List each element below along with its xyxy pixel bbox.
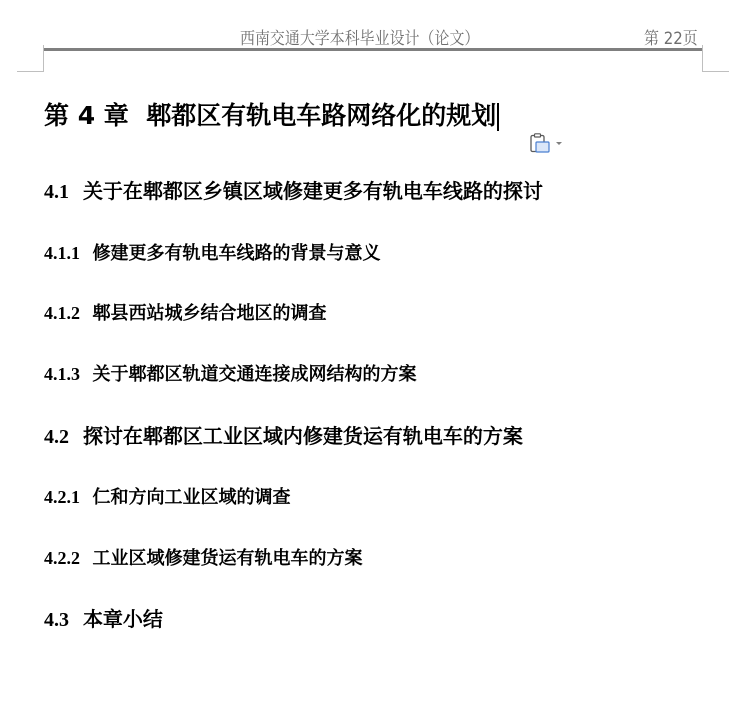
section-title: 关于在郫都区乡镇区域修建更多有轨电车线路的探讨 xyxy=(83,179,543,203)
header-title: 西南交通大学本科毕业设计（论文） xyxy=(240,24,479,49)
paste-options-button[interactable] xyxy=(529,133,565,155)
section-number: 4.3 xyxy=(44,609,69,631)
chapter-heading[interactable]: 第 4 章 郫都区有轨电车路网络化的规划 xyxy=(44,96,499,132)
section-heading[interactable]: 4.3 本章小结 xyxy=(44,603,163,632)
section-number: 4.1.1 xyxy=(44,243,80,263)
section-number: 4.2.2 xyxy=(44,548,80,568)
section-number: 4.1 xyxy=(44,181,69,203)
page-number: 第 22页 xyxy=(644,24,698,49)
caret-down-icon xyxy=(556,142,562,145)
subsection-heading[interactable]: 4.2.2 工业区域修建货运有轨电车的方案 xyxy=(44,544,363,570)
section-title: 探讨在郫都区工业区域内修建货运有轨电车的方案 xyxy=(83,424,523,448)
clipboard-paste-icon xyxy=(529,133,553,155)
section-number: 4.1.3 xyxy=(44,364,80,384)
section-number: 4.2 xyxy=(44,426,69,448)
text-cursor xyxy=(497,103,499,131)
section-number: 4.1.2 xyxy=(44,303,80,323)
section-title: 仁和方向工业区域的调查 xyxy=(93,487,291,508)
subsection-heading[interactable]: 4.1.2 郫县西站城乡结合地区的调查 xyxy=(44,299,327,325)
margin-corner-mark-left xyxy=(17,71,44,72)
header-rule xyxy=(44,48,703,51)
margin-corner-mark-right xyxy=(702,71,729,72)
subsection-heading[interactable]: 4.1.1 修建更多有轨电车线路的背景与意义 xyxy=(44,239,381,265)
margin-corner-mark-right xyxy=(702,45,703,72)
section-title: 关于郫都区轨道交通连接成网结构的方案 xyxy=(93,364,417,385)
section-title: 本章小结 xyxy=(83,607,163,631)
subsection-heading[interactable]: 4.2.1 仁和方向工业区域的调查 xyxy=(44,483,291,509)
section-heading[interactable]: 4.2 探讨在郫都区工业区域内修建货运有轨电车的方案 xyxy=(44,420,523,449)
section-title: 修建更多有轨电车线路的背景与意义 xyxy=(93,243,381,264)
subsection-heading[interactable]: 4.1.3 关于郫都区轨道交通连接成网结构的方案 xyxy=(44,360,417,386)
chapter-title: 郫都区有轨电车路网络化的规划 xyxy=(146,101,496,130)
section-number: 4.2.1 xyxy=(44,487,80,507)
chapter-number: 第 4 章 xyxy=(44,101,129,130)
section-title: 工业区域修建货运有轨电车的方案 xyxy=(93,548,363,569)
section-title: 郫县西站城乡结合地区的调查 xyxy=(93,303,327,324)
margin-corner-mark-left xyxy=(43,45,44,72)
section-heading[interactable]: 4.1 关于在郫都区乡镇区域修建更多有轨电车线路的探讨 xyxy=(44,175,543,204)
